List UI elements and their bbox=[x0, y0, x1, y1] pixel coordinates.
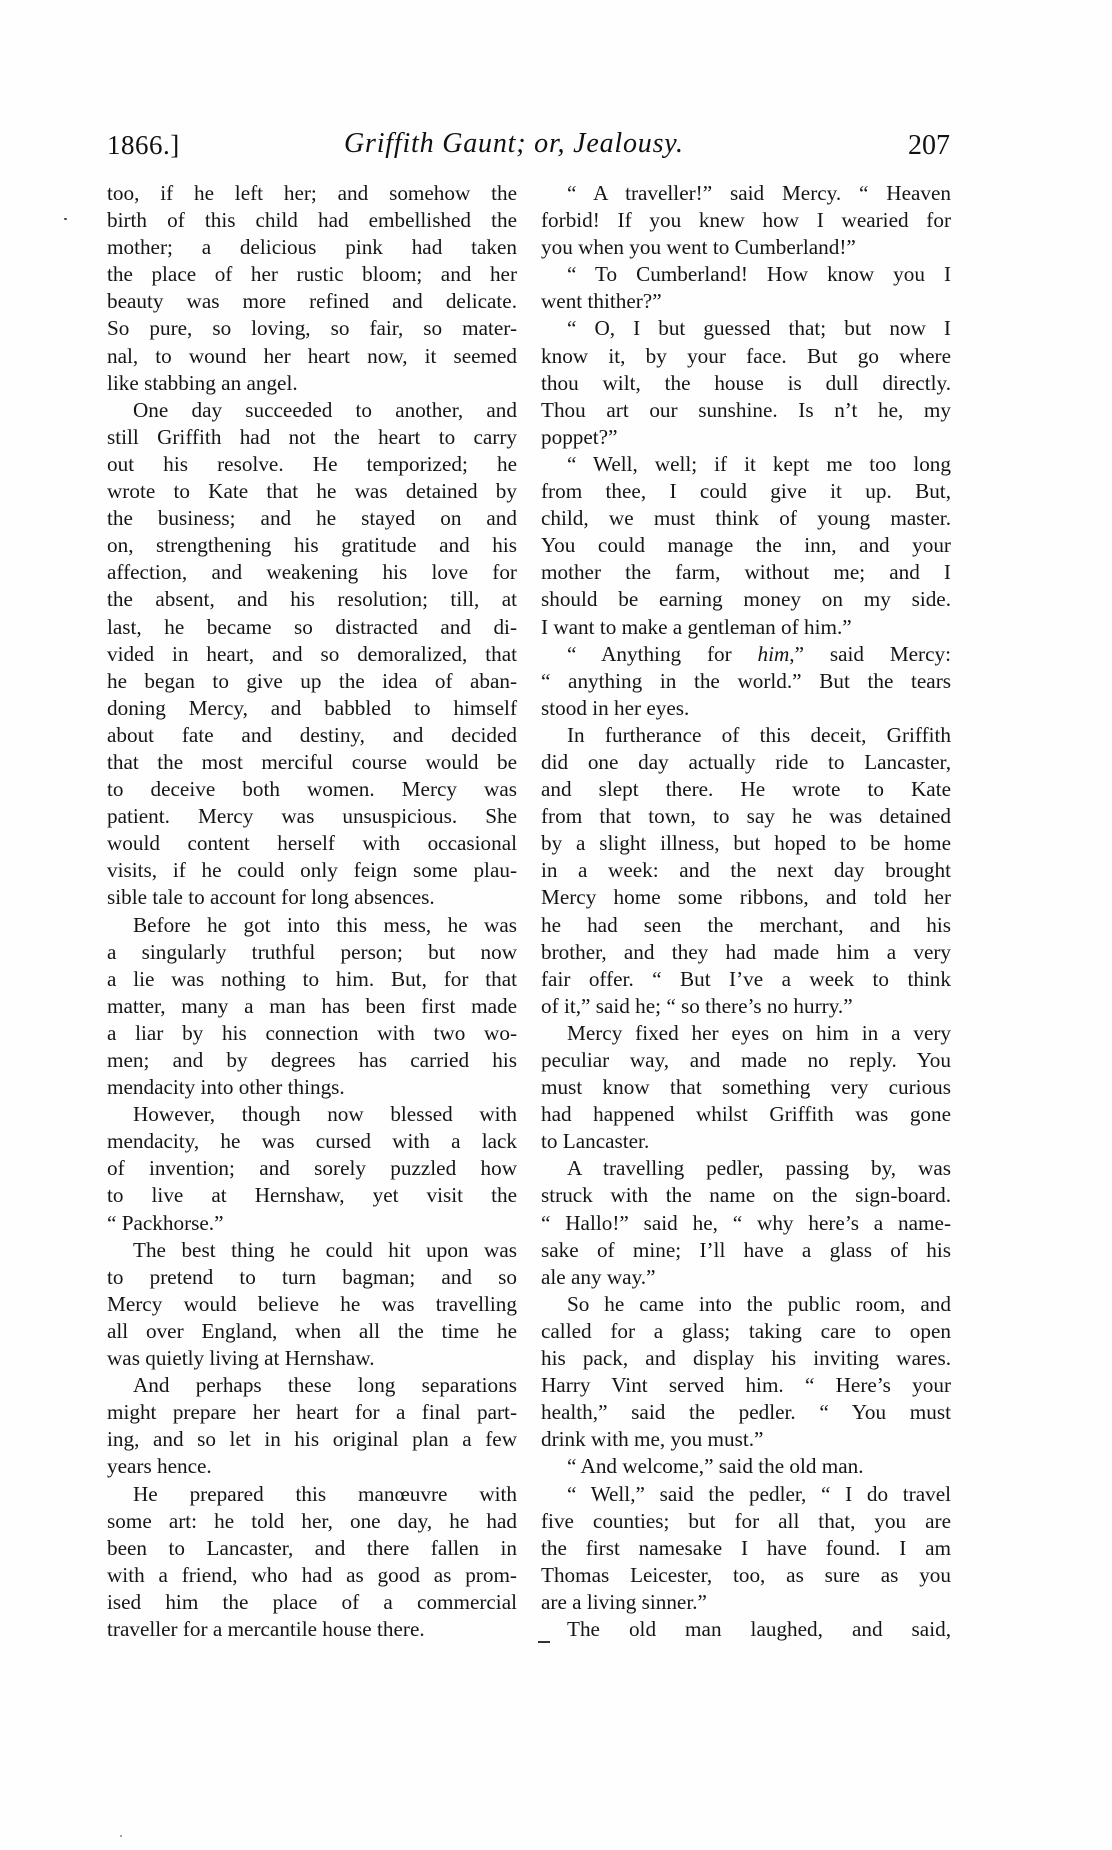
text-line: called for a glass; taking care to open bbox=[541, 1318, 951, 1345]
text-line: too, if he left her; and somehow the bbox=[107, 180, 517, 207]
page-number: 207 bbox=[908, 130, 950, 162]
text-line: He prepared this manœuvre with bbox=[107, 1481, 517, 1508]
text-line: to Lancaster. bbox=[541, 1128, 951, 1155]
text-line: matter, many a man has been first made bbox=[107, 993, 517, 1020]
print-speck bbox=[64, 218, 67, 220]
text-line: should be earning money on my side. bbox=[541, 586, 951, 613]
text-line: Harry Vint served him. “ Here’s your bbox=[541, 1372, 951, 1399]
text-line: ale any way.” bbox=[541, 1264, 951, 1291]
text-line: thou wilt, the house is dull directly. bbox=[541, 370, 951, 397]
text-line: had happened whilst Griffith was gone bbox=[541, 1101, 951, 1128]
text-line: peculiar way, and made no reply. You bbox=[541, 1047, 951, 1074]
text-line: One day succeeded to another, and bbox=[107, 397, 517, 424]
text-line: was quietly living at Hernshaw. bbox=[107, 1345, 517, 1372]
book-page: 1866.] Griffith Gaunt; or, Jealousy. 207… bbox=[0, 0, 1112, 1850]
text-line: to pretend to turn bagman; and so bbox=[107, 1264, 517, 1291]
text-line: did one day actually ride to Lancaster, bbox=[541, 749, 951, 776]
running-head: 1866.] Griffith Gaunt; or, Jealousy. 207 bbox=[107, 128, 950, 168]
text-line: his pack, and display his inviting wares… bbox=[541, 1345, 951, 1372]
text-line: Mercy home some ribbons, and told her bbox=[541, 884, 951, 911]
text-line: might prepare her heart for a final part… bbox=[107, 1399, 517, 1426]
text-line: visits, if he could only feign some plau… bbox=[107, 857, 517, 884]
text-line: fair offer. “ But I’ve a week to think bbox=[541, 966, 951, 993]
text-line: of invention; and sorely puzzled how bbox=[107, 1155, 517, 1182]
text-line: The old man laughed, and said, bbox=[541, 1616, 951, 1643]
text-line: the absent, and his resolution; till, at bbox=[107, 586, 517, 613]
text-line: a lie was nothing to him. But, for that bbox=[107, 966, 517, 993]
text-line: In furtherance of this deceit, Griffith bbox=[541, 722, 951, 749]
text-line: like stabbing an angel. bbox=[107, 370, 517, 397]
text-line: of it,” said he; “ so there’s no hurry.” bbox=[541, 993, 951, 1020]
text-line: a singularly truthful person; but now bbox=[107, 939, 517, 966]
text-line: Mercy would believe he was travelling bbox=[107, 1291, 517, 1318]
text-line: know it, by your face. But go where bbox=[541, 343, 951, 370]
text-line: with a friend, who had as good as prom- bbox=[107, 1562, 517, 1589]
text-line: affection, and weakening his love for bbox=[107, 559, 517, 586]
text-line: by a slight illness, but hoped to be hom… bbox=[541, 830, 951, 857]
text-line: to deceive both women. Mercy was bbox=[107, 776, 517, 803]
text-line: wrote to Kate that he was detained by bbox=[107, 478, 517, 505]
text-line: from thee, I could give it up. But, bbox=[541, 478, 951, 505]
running-head-date: 1866.] bbox=[107, 130, 180, 161]
text-line: would content herself with occasional bbox=[107, 830, 517, 857]
text-line: sible tale to account for long absences. bbox=[107, 884, 517, 911]
text-line: ised him the place of a commercial bbox=[107, 1589, 517, 1616]
text-line: you when you went to Cumberland!” bbox=[541, 234, 951, 261]
text-line: “ And welcome,” said the old man. bbox=[541, 1453, 951, 1480]
text-line: from that town, to say he was detained bbox=[541, 803, 951, 830]
text-line: some art: he told her, one day, he had bbox=[107, 1508, 517, 1535]
right-text-column: “ A traveller!” said Mercy. “ Heavenforb… bbox=[541, 180, 951, 1643]
text-line: five counties; but for all that, you are bbox=[541, 1508, 951, 1535]
text-line: health,” said the pedler. “ You must bbox=[541, 1399, 951, 1426]
text-line: “ O, I but guessed that; but now I bbox=[541, 315, 951, 342]
text-line: struck with the name on the sign-board. bbox=[541, 1182, 951, 1209]
text-line: Mercy fixed her eyes on him in a very bbox=[541, 1020, 951, 1047]
text-line: drink with me, you must.” bbox=[541, 1426, 951, 1453]
text-line: years hence. bbox=[107, 1453, 517, 1480]
text-line: “ Anything for him,” said Mercy: bbox=[541, 641, 951, 668]
text-line: “ Hallo!” said he, “ why here’s a name- bbox=[541, 1210, 951, 1237]
running-head-title: Griffith Gaunt; or, Jealousy. bbox=[344, 128, 684, 160]
text-line: “ anything in the world.” But the tears bbox=[541, 668, 951, 695]
text-line: men; and by degrees has carried his bbox=[107, 1047, 517, 1074]
text-line: vided in heart, and so demoralized, that bbox=[107, 641, 517, 668]
text-line: Thou art our sunshine. Is n’t he, my bbox=[541, 397, 951, 424]
text-line: stood in her eyes. bbox=[541, 695, 951, 722]
text-line: beauty was more refined and delicate. bbox=[107, 288, 517, 315]
text-line: I want to make a gentleman of him.” bbox=[541, 614, 951, 641]
text-line: poppet?” bbox=[541, 424, 951, 451]
text-line: “ A traveller!” said Mercy. “ Heaven bbox=[541, 180, 951, 207]
text-line: all over England, when all the time he bbox=[107, 1318, 517, 1345]
text-line: mendacity into other things. bbox=[107, 1074, 517, 1101]
text-line: child, we must think of young master. bbox=[541, 505, 951, 532]
text-line: the place of her rustic bloom; and her bbox=[107, 261, 517, 288]
text-line: ing, and so let in his original plan a f… bbox=[107, 1426, 517, 1453]
text-line: nal, to wound her heart now, it seemed bbox=[107, 343, 517, 370]
text-run: “ Anything for bbox=[567, 642, 758, 666]
text-line: birth of this child had embellished the bbox=[107, 207, 517, 234]
text-line: he began to give up the idea of aban- bbox=[107, 668, 517, 695]
text-line: “ Well,” said the pedler, “ I do travel bbox=[541, 1481, 951, 1508]
print-speck bbox=[120, 1835, 122, 1837]
text-line: and slept there. He wrote to Kate bbox=[541, 776, 951, 803]
text-line: sake of mine; I’ll have a glass of his bbox=[541, 1237, 951, 1264]
text-line: Before he got into this mess, he was bbox=[107, 912, 517, 939]
text-line: doning Mercy, and babbled to himself bbox=[107, 695, 517, 722]
text-line: mother; a delicious pink had taken bbox=[107, 234, 517, 261]
text-line: went thither?” bbox=[541, 288, 951, 315]
text-line: Thomas Leicester, too, as sure as you bbox=[541, 1562, 951, 1589]
text-line: out his resolve. He temporized; he bbox=[107, 451, 517, 478]
text-run: ,” said Mercy: bbox=[789, 642, 951, 666]
text-line: traveller for a mercantile house there. bbox=[107, 1616, 517, 1643]
text-line: that the most merciful course would be bbox=[107, 749, 517, 776]
text-line: And perhaps these long separations bbox=[107, 1372, 517, 1399]
text-line: still Griffith had not the heart to carr… bbox=[107, 424, 517, 451]
text-line: forbid! If you knew how I wearied for bbox=[541, 207, 951, 234]
text-line: are a living sinner.” bbox=[541, 1589, 951, 1616]
text-line: he had seen the merchant, and his bbox=[541, 912, 951, 939]
text-line: patient. Mercy was unsuspicious. She bbox=[107, 803, 517, 830]
text-line: been to Lancaster, and there fallen in bbox=[107, 1535, 517, 1562]
text-line: “ Packhorse.” bbox=[107, 1210, 517, 1237]
text-line: So pure, so loving, so fair, so mater- bbox=[107, 315, 517, 342]
text-line: However, though now blessed with bbox=[107, 1101, 517, 1128]
print-dash-mark bbox=[538, 1641, 550, 1643]
text-line: So he came into the public room, and bbox=[541, 1291, 951, 1318]
text-line: A travelling pedler, passing by, was bbox=[541, 1155, 951, 1182]
text-line: “ To Cumberland! How know you I bbox=[541, 261, 951, 288]
text-line: must know that something very curious bbox=[541, 1074, 951, 1101]
left-text-column: too, if he left her; and somehow thebirt… bbox=[107, 180, 517, 1643]
text-line: mendacity, he was cursed with a lack bbox=[107, 1128, 517, 1155]
text-line: to live at Hernshaw, yet visit the bbox=[107, 1182, 517, 1209]
text-line: the first namesake I have found. I am bbox=[541, 1535, 951, 1562]
text-line: mother the farm, without me; and I bbox=[541, 559, 951, 586]
text-line: The best thing he could hit upon was bbox=[107, 1237, 517, 1264]
text-line: on, strengthening his gratitude and his bbox=[107, 532, 517, 559]
text-line: “ Well, well; if it kept me too long bbox=[541, 451, 951, 478]
text-line: about fate and destiny, and decided bbox=[107, 722, 517, 749]
text-line: last, he became so distracted and di- bbox=[107, 614, 517, 641]
text-line: the business; and he stayed on and bbox=[107, 505, 517, 532]
text-line: a liar by his connection with two wo- bbox=[107, 1020, 517, 1047]
text-line: in a week: and the next day brought bbox=[541, 857, 951, 884]
text-line: You could manage the inn, and your bbox=[541, 532, 951, 559]
italic-emphasis: him bbox=[758, 642, 790, 666]
text-line: brother, and they had made him a very bbox=[541, 939, 951, 966]
